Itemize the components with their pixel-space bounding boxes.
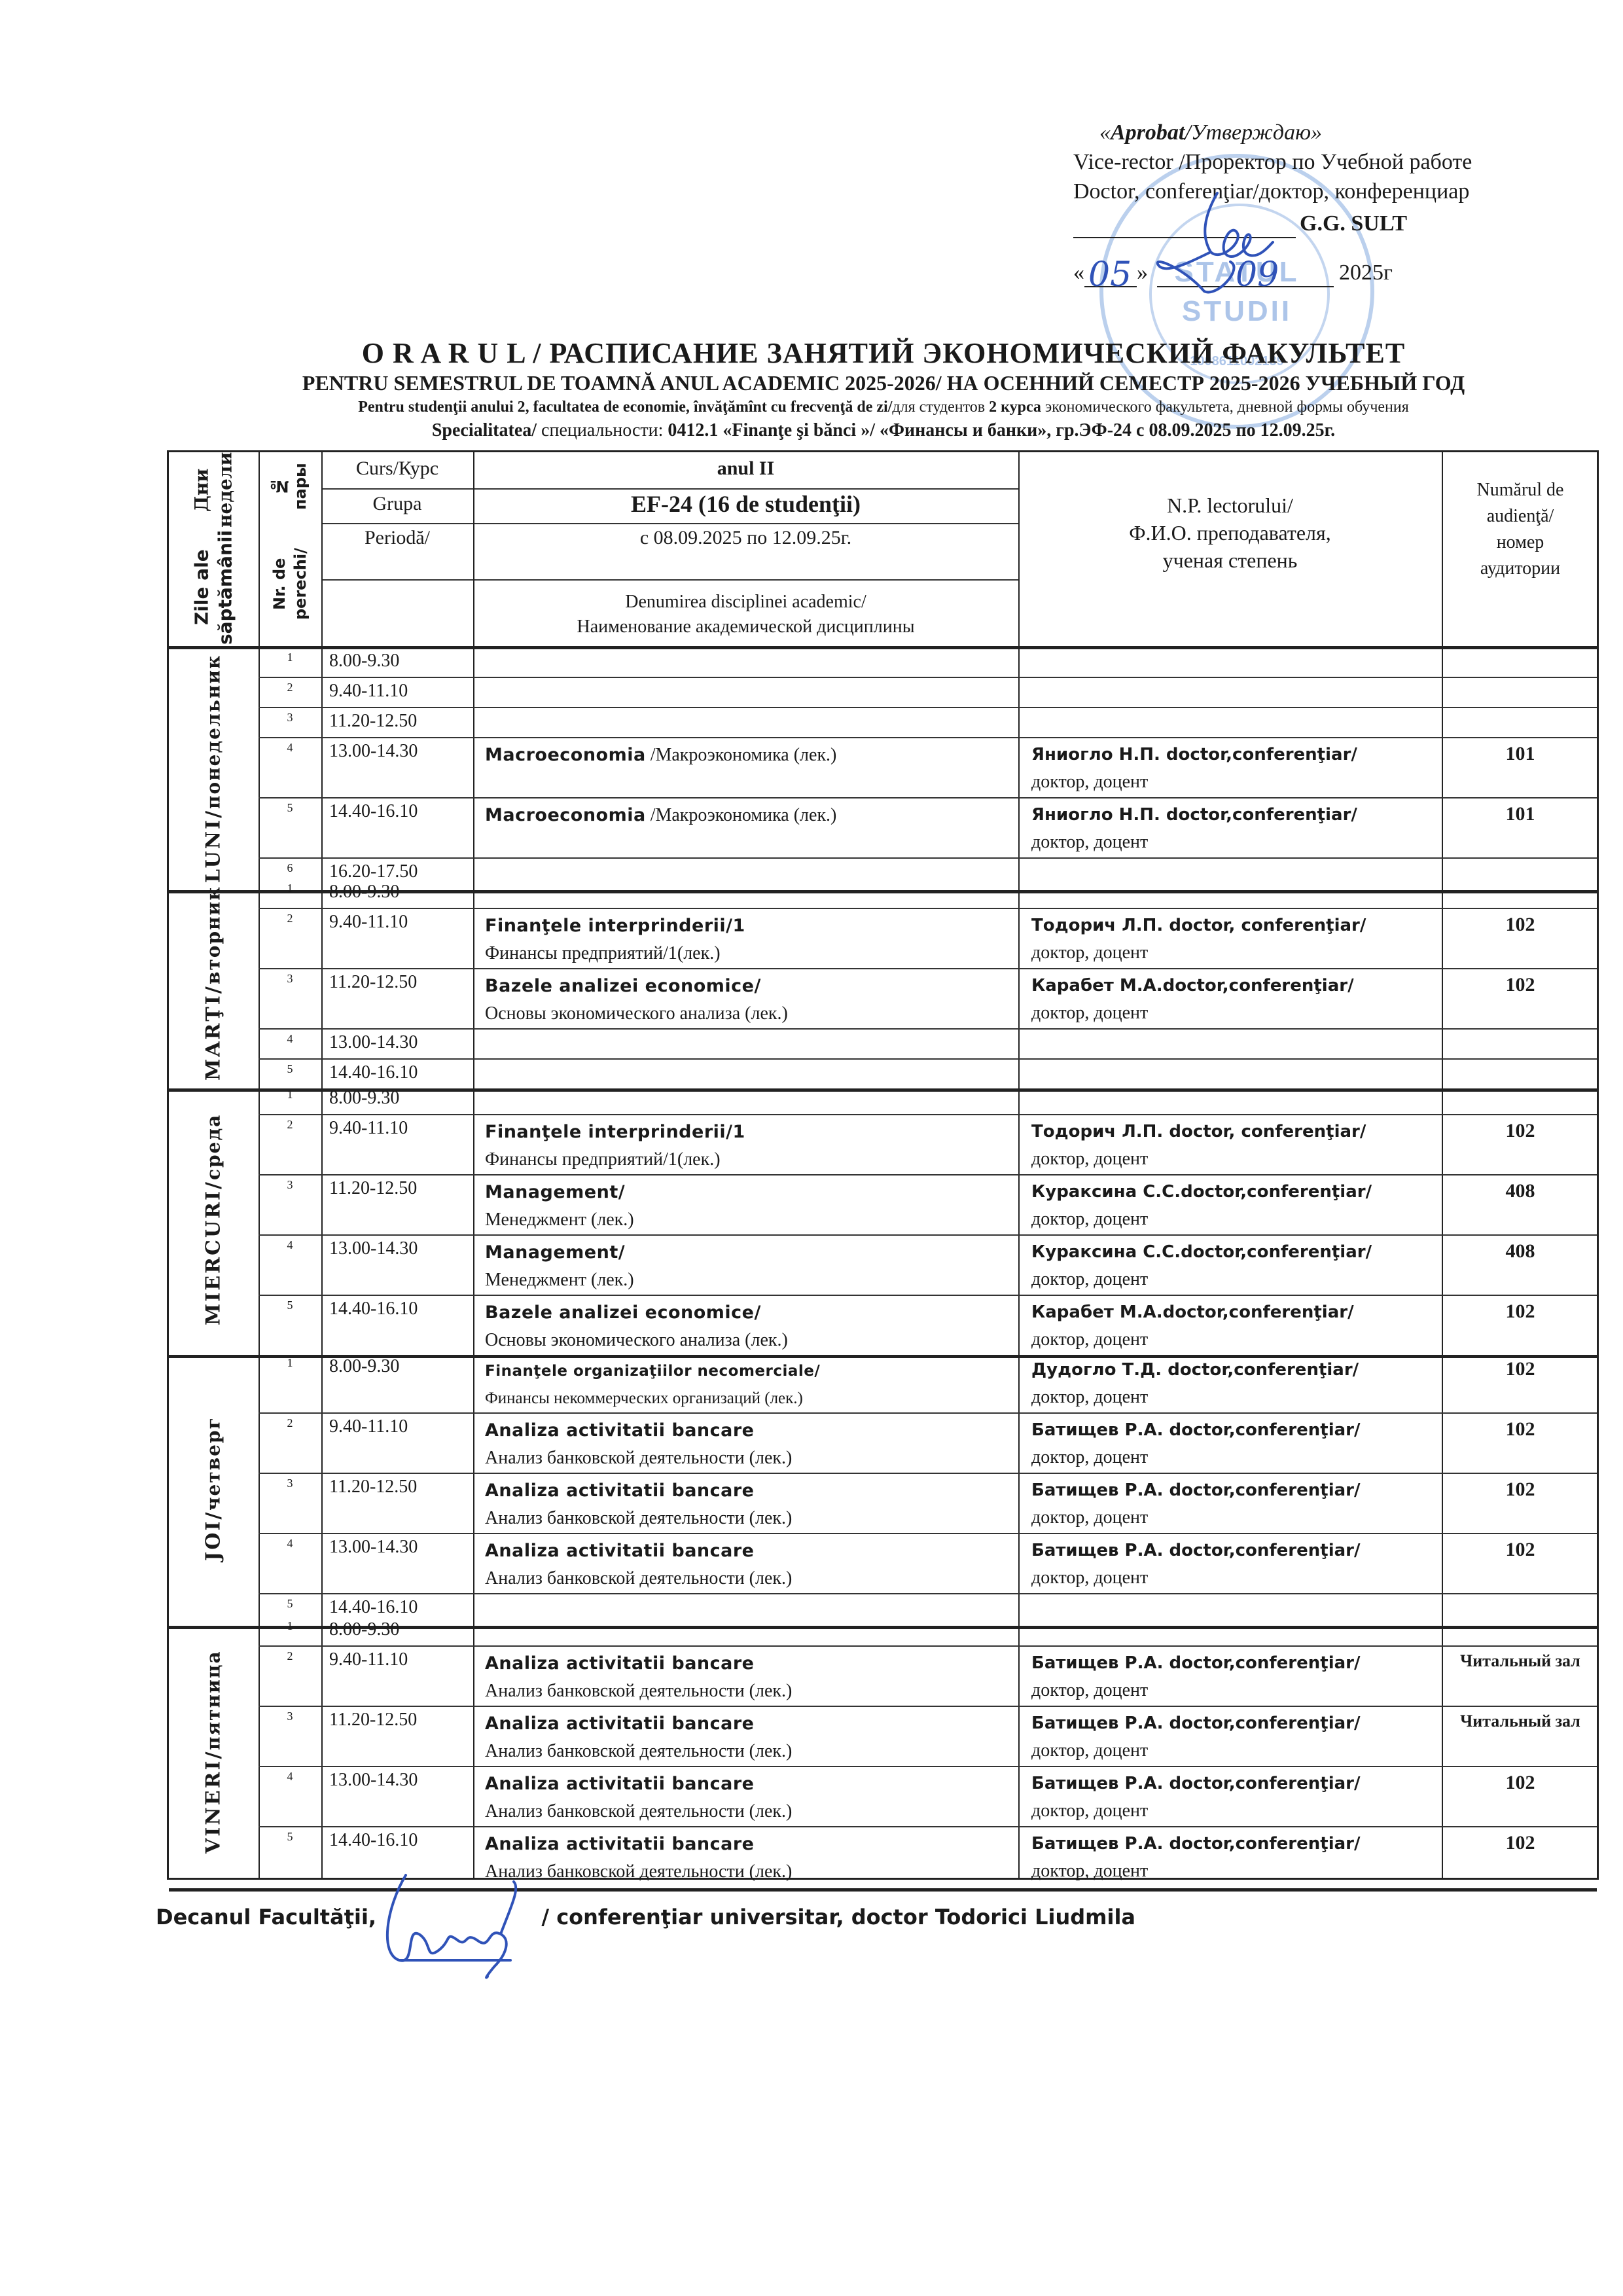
discipline-cell: Analiza activitatii bancareАнализ банков…	[473, 1706, 1018, 1766]
pair-time: 8.00-9.30	[321, 1615, 473, 1645]
pair-time: 8.00-9.30	[321, 1352, 473, 1412]
approval-heading: «Aprobat/Утверждаю»	[1073, 118, 1584, 147]
teacher-cell: Кураксина С.С.doctor,conferenţiar/доктор…	[1018, 1174, 1442, 1234]
discipline-cell: Bazele analizei economice/Основы экономи…	[473, 1295, 1018, 1355]
room-cell	[1442, 647, 1599, 677]
day-name-ro: MIERCURI/	[202, 1180, 226, 1325]
teacher-cell: Тодорич Л.П. doctor, conferenţiar/доктор…	[1018, 1114, 1442, 1174]
day-name-ru: вторник	[202, 886, 226, 984]
header-teacher-ru1: Ф.И.О. преподавателя,	[1018, 519, 1442, 547]
document-titles: O R A R U L / РАСПИСАНИЕ ЗАНЯТИЙ ЭКОНОМИ…	[157, 337, 1610, 443]
pair-time: 14.40-16.10	[321, 797, 473, 857]
discipline-cell: Finanţele organizaţiilor necomerciale/Фи…	[473, 1352, 1018, 1412]
pair-number: 3	[259, 1174, 321, 1234]
pair-number: 2	[259, 1114, 321, 1174]
date-day: 05	[1088, 260, 1132, 290]
approval-ru: /Утверждаю	[1185, 120, 1311, 145]
teacher-degree: доктор, доцент	[1031, 1677, 1442, 1704]
date-day-field: 05	[1084, 261, 1137, 287]
semester-subtitle: PENTRU SEMESTRUL DE TOAMNĂ ANUL ACADEMIC…	[157, 370, 1610, 396]
discipline-ru: Основы экономического анализа (лек.)	[485, 1327, 1018, 1354]
pair-time: 11.20-12.50	[321, 1706, 473, 1766]
date-month-field: 09	[1157, 261, 1334, 287]
pair-time: 9.40-11.10	[321, 677, 473, 707]
spec-label-ru: специальности:	[537, 420, 663, 440]
header-perioada-label: Periodă/	[321, 527, 473, 549]
room-cell: 102	[1442, 908, 1599, 968]
teacher-cell: Батищев Р.А. doctor,conferenţiar/доктор,…	[1018, 1645, 1442, 1706]
pair-time: 9.40-11.10	[321, 908, 473, 968]
discipline-ru: Анализ банковской деятельности (лек.)	[485, 1505, 1018, 1532]
dean-title: / conferenţiar universitar, doctor Todor…	[541, 1905, 1135, 1929]
date-quote-close: »	[1137, 258, 1148, 287]
pair-number: 4	[259, 737, 321, 797]
discipline-ru: Менеджмент (лек.)	[485, 1206, 1018, 1234]
teacher-cell	[1018, 1084, 1442, 1114]
header-curs-label: Curs/Курс	[321, 457, 473, 480]
discipline-cell: Bazele analizei economice/Основы экономи…	[473, 968, 1018, 1028]
pair-time: 11.20-12.50	[321, 707, 473, 737]
teacher-cell	[1018, 677, 1442, 707]
dean-label: Decanul Facultăţii,	[156, 1905, 376, 1929]
discipline-cell	[473, 707, 1018, 737]
room-cell	[1442, 1615, 1599, 1645]
discipline-ro: Analiza activitatii bancare	[485, 1713, 755, 1734]
teacher-name: Кураксина С.С.doctor,conferenţiar/	[1031, 1178, 1442, 1206]
teacher-degree: доктор, доцент	[1031, 1444, 1442, 1471]
discipline-ru: Основы экономического анализа (лек.)	[485, 1000, 1018, 1028]
day-name-ru: понедельник	[202, 654, 226, 808]
pair-time: 8.00-9.30	[321, 647, 473, 677]
discipline-ro: Macroeconomia	[485, 805, 646, 825]
teacher-name: Яниогло Н.П. doctor,conferenţiar/	[1031, 741, 1442, 768]
students-subtitle: Pentru studenţii anului 2, facultatea de…	[157, 396, 1610, 418]
discipline-ru: /Макроэкономика (лек.)	[646, 745, 837, 765]
pair-number: 1	[259, 878, 321, 908]
teacher-degree: доктор, доцент	[1031, 829, 1442, 856]
pair-number: 4	[259, 1766, 321, 1826]
pair-number: 5	[259, 1826, 321, 1888]
header-teacher-ro: N.P. lectorului/	[1018, 492, 1442, 519]
room-cell	[1442, 707, 1599, 737]
teacher-degree: доктор, доцент	[1031, 1326, 1442, 1354]
discipline-cell: Finanţele interprinderii/1Финансы предпр…	[473, 1114, 1018, 1174]
discipline-cell: Analiza activitatii bancareАнализ банков…	[473, 1766, 1018, 1826]
day-name-ro: VINERI/	[202, 1750, 226, 1854]
pair-time: 9.40-11.10	[321, 1114, 473, 1174]
discipline-ro: Analiza activitatii bancare	[485, 1834, 755, 1854]
spec-value: 0412.1 «Finanţe şi bănci »/ «Финансы и б…	[663, 420, 1335, 440]
spec-label: Specialitatea/	[432, 420, 537, 440]
teacher-name: Кураксина С.С.doctor,conferenţiar/	[1031, 1238, 1442, 1266]
room-cell: 102	[1442, 1826, 1599, 1888]
header-room-ro2: audienţă/	[1442, 503, 1599, 529]
teacher-degree: доктор, доцент	[1031, 1857, 1442, 1885]
header-grupa-value: EF-24 (16 de studenţii)	[473, 490, 1018, 518]
pair-number: 1	[259, 1352, 321, 1412]
discipline-ru: Анализ банковской деятельности (лек.)	[485, 1444, 1018, 1472]
room-cell: 102	[1442, 1412, 1599, 1473]
pair-number: 4	[259, 1533, 321, 1593]
discipline-ru: /Макроэкономика (лек.)	[646, 805, 837, 825]
header-pair-number-column: Nr. de perechi/ № пары	[259, 452, 321, 647]
teacher-degree: доктор, доцент	[1031, 1504, 1442, 1532]
room-cell: 101	[1442, 737, 1599, 797]
teacher-cell: Батищев Р.А. doctor,conferenţiar/доктор,…	[1018, 1706, 1442, 1766]
students-ru-post: экономического факультета, дневной формы…	[1041, 399, 1409, 416]
teacher-degree: доктор, доцент	[1031, 1564, 1442, 1592]
quote-close: »	[1311, 120, 1322, 145]
teacher-cell: Тодорич Л.П. doctor, conferenţiar/доктор…	[1018, 908, 1442, 968]
room-cell: 102	[1442, 1533, 1599, 1593]
discipline-ro: Finanţele organizaţiilor necomerciale/	[485, 1363, 820, 1380]
document-title: O R A R U L / РАСПИСАНИЕ ЗАНЯТИЙ ЭКОНОМИ…	[157, 337, 1610, 370]
room-cell	[1442, 1084, 1599, 1114]
discipline-ro: Bazele analizei economice/	[485, 976, 761, 996]
discipline-ru: Менеджмент (лек.)	[485, 1266, 1018, 1294]
grid-line	[321, 488, 1018, 490]
pair-number: 3	[259, 707, 321, 737]
pair-time: 9.40-11.10	[321, 1645, 473, 1706]
room-cell: 102	[1442, 1766, 1599, 1826]
teacher-degree: доктор, доцент	[1031, 1266, 1442, 1293]
header-room-ru1: номер	[1442, 529, 1599, 556]
header-nr-ru: № пары	[269, 452, 311, 521]
pair-time: 11.20-12.50	[321, 1174, 473, 1234]
grid-line	[321, 579, 1018, 581]
pair-time: 14.40-16.10	[321, 1295, 473, 1355]
pair-time: 13.00-14.30	[321, 737, 473, 797]
teacher-cell	[1018, 1615, 1442, 1645]
pair-time: 11.20-12.50	[321, 1473, 473, 1533]
discipline-ro: Analiza activitatii bancare	[485, 1480, 755, 1501]
teacher-cell: Батищев Р.А. doctor,conferenţiar/доктор,…	[1018, 1826, 1442, 1888]
pair-number: 1	[259, 1615, 321, 1645]
day-cell: VINERI/пятница	[169, 1615, 259, 1888]
header-discipline: Denumirea disciplinei academic/ Наименов…	[473, 590, 1018, 639]
approver-name: G.G. SULT	[1300, 209, 1407, 238]
teacher-cell	[1018, 647, 1442, 677]
teacher-degree: доктор, доцент	[1031, 768, 1442, 796]
teacher-cell: Яниогло Н.П. doctor,conferenţiar/доктор,…	[1018, 737, 1442, 797]
stamp-text-mid: STUDII	[1103, 295, 1370, 328]
pair-time: 8.00-9.30	[321, 878, 473, 908]
discipline-cell: Analiza activitatii bancareАнализ банков…	[473, 1533, 1018, 1593]
teacher-degree: доктор, доцент	[1031, 1145, 1442, 1173]
teacher-name: Тодорич Л.П. doctor, conferenţiar/	[1031, 912, 1442, 939]
room-cell	[1442, 677, 1599, 707]
quote-open: «	[1099, 120, 1111, 145]
header-discipline-ru: Наименование академической дисциплины	[473, 615, 1018, 639]
day-name-ru: четверг	[202, 1417, 226, 1511]
room-cell: 408	[1442, 1234, 1599, 1295]
header-days-column: Zile ale săptămânii Дни недели	[169, 452, 259, 647]
discipline-cell: Finanţele interprinderii/1Финансы предпр…	[473, 908, 1018, 968]
discipline-ro: Macroeconomia	[485, 745, 646, 765]
date-month: 09	[1236, 260, 1279, 290]
discipline-ro: Bazele analizei economice/	[485, 1302, 761, 1323]
discipline-ru: Финансы предприятий/1(лек.)	[485, 940, 1018, 967]
students-ru-pre: для студентов	[892, 399, 989, 416]
discipline-ru: Анализ банковской деятельности (лек.)	[485, 1677, 1018, 1705]
grid-line	[321, 523, 1018, 524]
header-room-ro1: Numărul de	[1442, 477, 1599, 503]
discipline-ro: Management/	[485, 1182, 625, 1202]
teacher-degree: доктор, доцент	[1031, 1384, 1442, 1411]
day-name-ru: пятница	[202, 1650, 226, 1750]
teacher-name: Карабет М.А.doctor,conferenţiar/	[1031, 1299, 1442, 1326]
pair-number: 5	[259, 1295, 321, 1355]
header-room: Numărul de audienţă/ номер аудитории	[1442, 477, 1599, 582]
teacher-degree: доктор, доцент	[1031, 1737, 1442, 1765]
discipline-ru: Анализ банковской деятельности (лек.)	[485, 1858, 1018, 1886]
discipline-ru: Финансы некоммерческих организаций (лек.…	[485, 1385, 1018, 1412]
pair-time: 13.00-14.30	[321, 1533, 473, 1593]
teacher-degree: доктор, доцент	[1031, 999, 1442, 1027]
discipline-cell: Macroeconomia /Макроэкономика (лек.)	[473, 797, 1018, 857]
teacher-name: Яниогло Н.П. doctor,conferenţiar/	[1031, 801, 1442, 829]
teacher-name: Карабет М.А.doctor,conferenţiar/	[1031, 972, 1442, 999]
day-separator-line	[169, 1888, 1597, 1892]
teacher-name: Батищев Р.А. doctor,conferenţiar/	[1031, 1416, 1442, 1444]
discipline-cell	[473, 1028, 1018, 1058]
approval-block: «Aprobat/Утверждаю» Vice-rector /Прорект…	[1073, 118, 1584, 287]
pair-time: 13.00-14.30	[321, 1766, 473, 1826]
room-cell: 408	[1442, 1174, 1599, 1234]
header-perioada-value: с 08.09.2025 по 12.09.25г.	[473, 527, 1018, 549]
pair-number: 3	[259, 968, 321, 1028]
approver-degree: Doctor, conferenţiar/доктор, конференциа…	[1073, 177, 1584, 206]
teacher-name: Батищев Р.А. doctor,conferenţiar/	[1031, 1537, 1442, 1564]
pair-number: 2	[259, 677, 321, 707]
teacher-name: Тодорич Л.П. doctor, conferenţiar/	[1031, 1118, 1442, 1145]
teacher-cell: Карабет М.А.doctor,conferenţiar/доктор, …	[1018, 968, 1442, 1028]
header-teacher-ru2: ученая степень	[1018, 547, 1442, 574]
day-cell: MIERCURI/среда	[169, 1084, 259, 1355]
pair-number: 2	[259, 1645, 321, 1706]
day-cell: JOI/четверг	[169, 1352, 259, 1626]
teacher-cell: Яниогло Н.П. doctor,conferenţiar/доктор,…	[1018, 797, 1442, 857]
discipline-cell: Analiza activitatii bancareАнализ банков…	[473, 1412, 1018, 1473]
room-cell: 102	[1442, 1473, 1599, 1533]
header-room-ru2: аудитории	[1442, 556, 1599, 582]
discipline-cell	[473, 1615, 1018, 1645]
approval-ro: Aprobat	[1111, 120, 1185, 145]
pair-time: 8.00-9.30	[321, 1084, 473, 1114]
pair-time: 13.00-14.30	[321, 1028, 473, 1058]
header-discipline-ro: Denumirea disciplinei academic/	[473, 590, 1018, 615]
teacher-name: Батищев Р.А. doctor,conferenţiar/	[1031, 1477, 1442, 1504]
discipline-ro: Analiza activitatii bancare	[485, 1653, 755, 1674]
day-name-ro: MARŢI/	[202, 984, 226, 1081]
discipline-cell: Macroeconomia /Макроэкономика (лек.)	[473, 737, 1018, 797]
discipline-ru: Финансы предприятий/1(лек.)	[485, 1146, 1018, 1174]
discipline-ro: Finanţele interprinderii/1	[485, 1122, 745, 1142]
approval-date: « 05 » 09 2025г	[1073, 258, 1584, 287]
header-days-ro: Zile ale săptămânii	[190, 528, 238, 647]
teacher-cell: Батищев Р.А. doctor,conferenţiar/доктор,…	[1018, 1473, 1442, 1533]
day-cell: LUNI/понедельник	[169, 647, 259, 890]
teacher-cell: Батищев Р.А. doctor,conferenţiar/доктор,…	[1018, 1766, 1442, 1826]
room-cell: 101	[1442, 797, 1599, 857]
pair-number: 3	[259, 1706, 321, 1766]
pair-number: 4	[259, 1028, 321, 1058]
discipline-ro: Analiza activitatii bancare	[485, 1774, 755, 1794]
pair-time: 14.40-16.10	[321, 1826, 473, 1888]
header-curs-value: anul II	[473, 457, 1018, 480]
room-cell: 102	[1442, 1352, 1599, 1412]
teacher-cell: Батищев Р.А. doctor,conferenţiar/доктор,…	[1018, 1412, 1442, 1473]
room-cell: 102	[1442, 968, 1599, 1028]
room-cell: Читальный зал	[1442, 1706, 1599, 1766]
schedule-table: Zile ale săptămânii Дни недели Nr. de pe…	[167, 450, 1599, 1880]
approver-position: Vice-rector /Проректор по Учебной работе	[1073, 147, 1584, 177]
teacher-cell	[1018, 707, 1442, 737]
discipline-ro: Analiza activitatii bancare	[485, 1420, 755, 1441]
teacher-cell: Кураксина С.С.doctor,conferenţiar/доктор…	[1018, 1234, 1442, 1295]
teacher-name: Батищев Р.А. doctor,conferenţiar/	[1031, 1830, 1442, 1857]
day-name-ru: среда	[202, 1113, 226, 1179]
teacher-name: Дудогло Т.Д. doctor,conferenţiar/	[1031, 1356, 1442, 1384]
room-cell	[1442, 878, 1599, 908]
room-cell	[1442, 1028, 1599, 1058]
pair-number: 2	[259, 1412, 321, 1473]
header-teacher: N.P. lectorului/ Ф.И.О. преподавателя, у…	[1018, 492, 1442, 574]
day-name-ro: JOI/	[202, 1511, 226, 1561]
pair-time: 11.20-12.50	[321, 968, 473, 1028]
discipline-cell: Analiza activitatii bancareАнализ банков…	[473, 1826, 1018, 1888]
footer-signature-line: Decanul Facultăţii, / conferenţiar unive…	[156, 1905, 1135, 1929]
students-ru-bold: 2 курса	[989, 399, 1041, 416]
day-cell: MARŢI/вторник	[169, 878, 259, 1088]
discipline-ro: Finanţele interprinderii/1	[485, 916, 745, 936]
specialty-line: Specialitatea/ специальности: 0412.1 «Fi…	[157, 418, 1610, 443]
teacher-cell: Карабет М.А.doctor,conferenţiar/доктор, …	[1018, 1295, 1442, 1355]
discipline-cell: Management/Менеджмент (лек.)	[473, 1174, 1018, 1234]
room-cell: 102	[1442, 1114, 1599, 1174]
pair-number: 4	[259, 1234, 321, 1295]
header-grupa-label: Grupa	[321, 493, 473, 515]
teacher-name: Батищев Р.А. doctor,conferenţiar/	[1031, 1770, 1442, 1797]
teacher-cell	[1018, 1028, 1442, 1058]
pair-number: 2	[259, 908, 321, 968]
header-days-ru: Дни недели	[190, 452, 238, 528]
teacher-name: Батищев Р.А. doctor,conferenţiar/	[1031, 1649, 1442, 1677]
teacher-name: Батищев Р.А. doctor,conferenţiar/	[1031, 1710, 1442, 1737]
teacher-cell: Батищев Р.А. doctor,conferenţiar/доктор,…	[1018, 1533, 1442, 1593]
teacher-cell: Дудогло Т.Д. doctor,conferenţiar/доктор,…	[1018, 1352, 1442, 1412]
teacher-degree: доктор, доцент	[1031, 939, 1442, 967]
header-nr-ro: Nr. de perechi/	[269, 521, 311, 647]
signature-underline	[1073, 212, 1296, 238]
teacher-degree: доктор, доцент	[1031, 1206, 1442, 1233]
teacher-cell	[1018, 878, 1442, 908]
discipline-cell: Analiza activitatii bancareАнализ банков…	[473, 1645, 1018, 1706]
pair-number: 3	[259, 1473, 321, 1533]
discipline-ro: Management/	[485, 1242, 625, 1263]
discipline-cell: Analiza activitatii bancareАнализ банков…	[473, 1473, 1018, 1533]
date-quote-open: «	[1073, 258, 1084, 287]
discipline-ro: Analiza activitatii bancare	[485, 1541, 755, 1561]
approver-signature-line: G.G. SULT	[1073, 209, 1584, 238]
discipline-ru: Анализ банковской деятельности (лек.)	[485, 1798, 1018, 1825]
discipline-ru: Анализ банковской деятельности (лек.)	[485, 1565, 1018, 1592]
discipline-cell	[473, 647, 1018, 677]
room-cell: Читальный зал	[1442, 1645, 1599, 1706]
pair-time: 9.40-11.10	[321, 1412, 473, 1473]
discipline-cell: Management/Менеджмент (лек.)	[473, 1234, 1018, 1295]
pair-number: 1	[259, 1084, 321, 1114]
day-name-ro: LUNI/	[202, 809, 226, 883]
date-year: 2025г	[1339, 258, 1393, 287]
teacher-degree: доктор, доцент	[1031, 1797, 1442, 1825]
discipline-cell	[473, 677, 1018, 707]
discipline-ru: Анализ банковской деятельности (лек.)	[485, 1738, 1018, 1765]
discipline-cell	[473, 1084, 1018, 1114]
students-ro: Pentru studenţii anului 2, facultatea de…	[358, 399, 892, 416]
room-cell: 102	[1442, 1295, 1599, 1355]
pair-number: 5	[259, 797, 321, 857]
discipline-cell	[473, 878, 1018, 908]
pair-number: 1	[259, 647, 321, 677]
pair-time: 13.00-14.30	[321, 1234, 473, 1295]
